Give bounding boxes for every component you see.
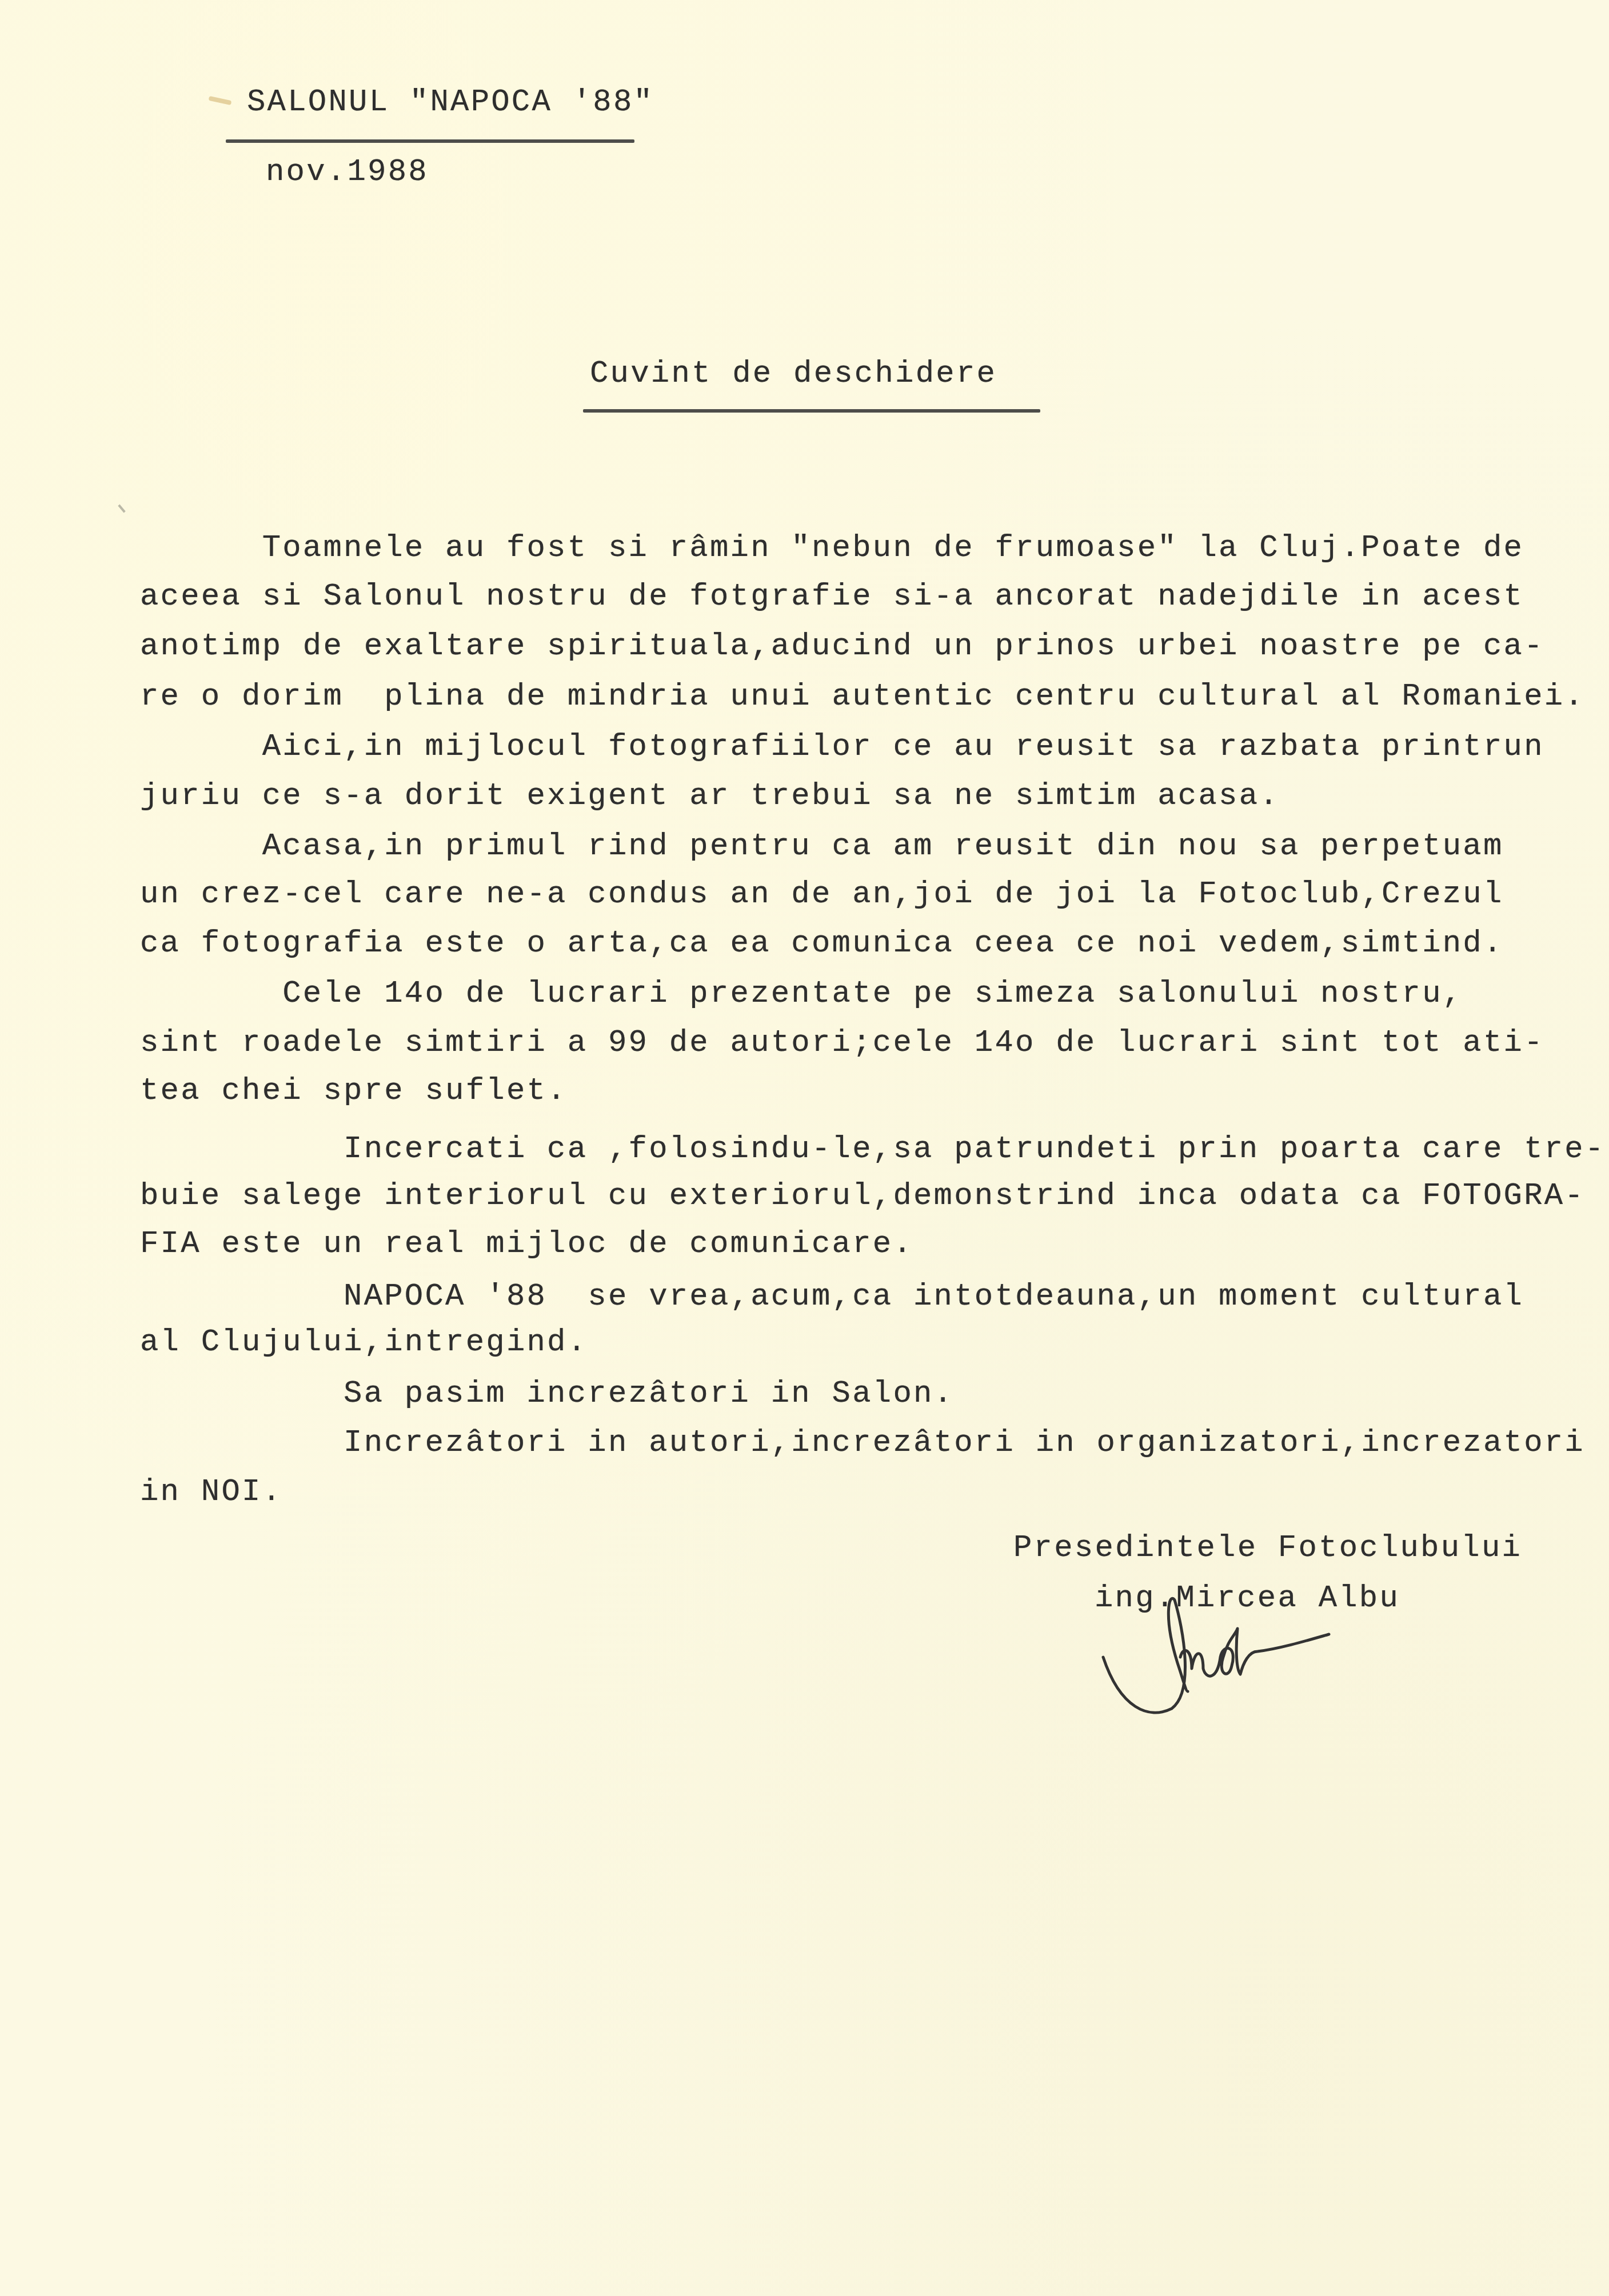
body-line: re o dorim plina de mindria unui autenti… [140, 680, 1585, 714]
body-line: sint roadele simtiri a 99 de autori;cele… [140, 1026, 1544, 1061]
body-line: juriu ce s-a dorit exigent ar trebui sa … [140, 779, 1280, 814]
body-line: Sa pasim increzâtori in Salon. [140, 1377, 954, 1411]
body-line: Acasa,in primul rind pentru ca am reusit… [140, 830, 1504, 864]
body-line: un crez-cel care ne-a condus an de an,jo… [140, 878, 1504, 912]
body-line: Cele 14o de lucrari prezentate pe simeza… [140, 977, 1463, 1011]
body-line: Aici,in mijlocul fotografiilor ce au reu… [140, 730, 1544, 765]
document-title: SALONUL "NAPOCA '88" [247, 86, 654, 120]
body-line: ca fotografia este o arta,ca ea comunica… [140, 927, 1504, 961]
body-line: in NOI. [140, 1475, 282, 1510]
body-line: aceea si Salonul nostru de fotgrafie si-… [140, 580, 1524, 614]
body-line: FIA este un real mijloc de comunicare. [140, 1227, 913, 1262]
section-heading: Cuvint de deschidere [590, 357, 997, 391]
body-line: tea chei spre suflet. [140, 1074, 568, 1109]
body-line: anotimp de exaltare spirituala,aducind u… [140, 630, 1544, 664]
document-date: nov.1988 [266, 155, 429, 190]
body-line: Toamnele au fost si râmin "nebun de frum… [140, 531, 1524, 566]
heading-underline [583, 409, 1040, 413]
signatory-role: Presedintele Fotoclubului [1013, 1531, 1522, 1566]
body-line: Increzâtori in autori,increzâtori in org… [140, 1426, 1585, 1461]
title-underline [226, 139, 634, 143]
body-line: NAPOCA '88 se vrea,acum,ca intotdeauna,u… [140, 1280, 1524, 1314]
body-line: Incercati ca ,folosindu-le,sa patrundeti… [140, 1133, 1606, 1167]
body-line: al Clujului,intregind. [140, 1326, 588, 1360]
body-line: buie salege interiorul cu exteriorul,dem… [140, 1179, 1585, 1214]
handwritten-signature [1086, 1594, 1360, 1731]
